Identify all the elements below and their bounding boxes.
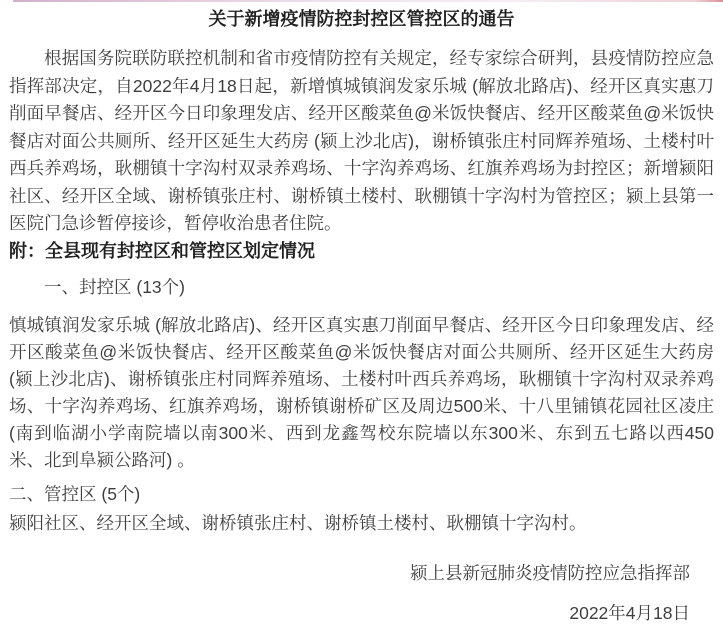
section-2-heading: 二、管控区 (5个) — [9, 481, 714, 509]
section-1-heading: 一、封控区 (13个) — [9, 274, 714, 302]
notice-document: 关于新增疫情防控封控区管控区的通告 根据国务院联防联控机制和省市疫情防控有关规定… — [0, 0, 723, 639]
page-title: 关于新增疫情防控封控区管控区的通告 — [9, 8, 714, 30]
section-2-body: 颍阳社区、经开区全域、谢桥镇张庄村、谢桥镇土楼村、耿棚镇十字沟村。 — [9, 510, 714, 538]
signature: 颍上县新冠肺炎疫情防控应急指挥部 — [9, 560, 714, 588]
top-border-line — [13, 0, 723, 2]
date: 2022年4月18日 — [9, 600, 714, 628]
section-1-body: 慎城镇润发家乐城 (解放北路店)、经开区真实惠刀削面早餐店、经开区今日印象理发店… — [9, 312, 714, 474]
attachment-heading: 附：全县现有封控区和管控区划定情况 — [9, 238, 714, 266]
notice-body-paragraph: 根据国务院联防联控机制和省市疫情防控有关规定，经专家综合研判，县疫情防控应急指挥… — [9, 45, 714, 238]
